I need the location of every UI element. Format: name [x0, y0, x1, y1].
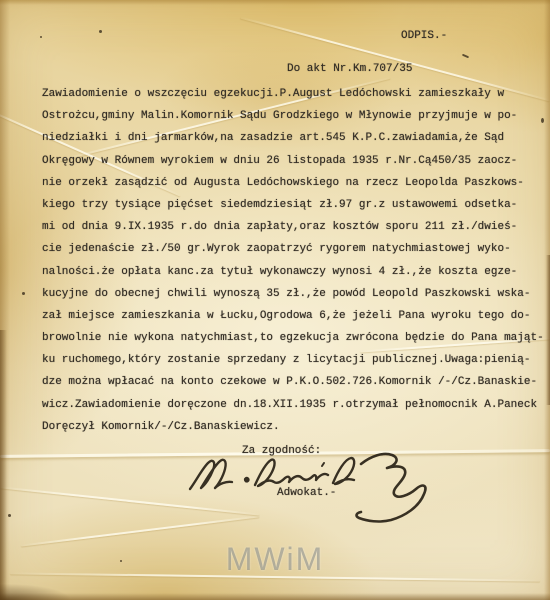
paper-edge-top: [0, 0, 550, 5]
paper-edge-bottom: [0, 593, 550, 600]
paper-corner-stain: [0, 584, 70, 600]
body-line: kucyjne do obecnej chwili wynoszą 35 zł.…: [42, 283, 550, 305]
body-line: Okręgowy w Równem wyrokiem w dniu 26 lis…: [42, 150, 550, 172]
ink-speck: [22, 292, 25, 295]
paper-edge-left: [0, 0, 10, 600]
case-reference: Do akt Nr.Km.707/35: [287, 63, 412, 76]
body-line: ku ruchomego,który zostanie sprzedany z …: [42, 349, 550, 371]
body-line: niedziałki i dni jarmarków,na zasadzie a…: [42, 127, 550, 149]
body-line: Ostrożcu,gminy Malin.Komornik Sądu Grodz…: [42, 105, 550, 127]
body-line: mi od dnia 9.IX.1935 r.do dnia zapłaty,o…: [42, 216, 550, 238]
body-line: dze można wpłacać na konto czekowe w P.K…: [42, 371, 550, 393]
body-line: Doręczył Komornik/-/Cz.Banaskiewicz.: [42, 416, 550, 438]
body-line: browolnie nie wykona natychmiast,to egze…: [42, 327, 550, 349]
body-line: kiego trzy tysiące pięćset siedemdziesią…: [42, 194, 550, 216]
body-line: cie jedenaście zł./50 gr.Wyrok zaopatrzy…: [42, 238, 550, 260]
notice-body: Zawiadomienie o wszczęciu egzekucji.P.Au…: [42, 83, 550, 438]
ink-speck: [462, 54, 469, 59]
body-line: nie orzekł zasądzić od Augusta Ledóchows…: [42, 172, 550, 194]
ink-speck: [8, 514, 11, 517]
body-line: zał miejsce zamieszkania w Łucku,Ogrodow…: [42, 305, 550, 327]
body-line: nalności.że opłata kanc.za tytuł wykonaw…: [42, 261, 550, 283]
body-line: Zawiadomienie o wszczęciu egzekucji.P.Au…: [42, 83, 550, 105]
watermark: MWiM: [0, 541, 550, 578]
ink-speck: [40, 36, 42, 38]
body-line: wicz.Zawiadomienie doręczone dn.18.XII.1…: [42, 394, 550, 416]
copy-label: ODPIS.-: [401, 30, 447, 43]
ink-speck: [99, 30, 102, 33]
document-page: ODPIS.- Do akt Nr.Km.707/35 Zawiadomieni…: [0, 0, 550, 600]
signer-title: Adwokat.-: [277, 487, 336, 500]
